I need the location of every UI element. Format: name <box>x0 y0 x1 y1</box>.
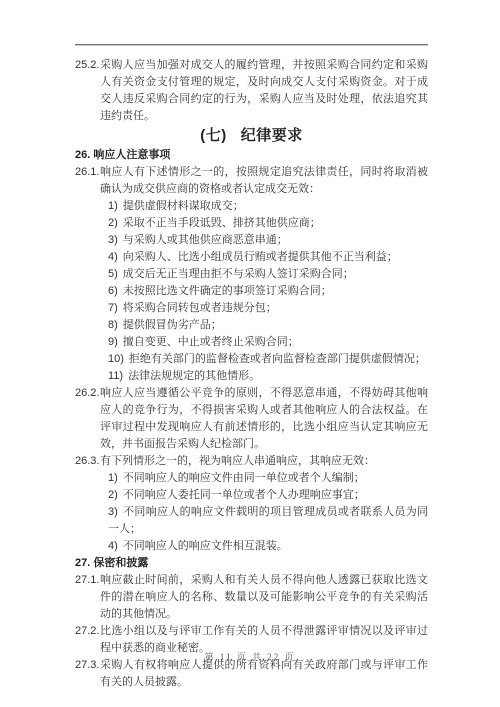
item-number: 8) <box>108 319 118 331</box>
item-text: 提供虚假材料谋取成交； <box>123 200 244 212</box>
item-number: 11) <box>108 370 123 382</box>
item-number: 4) <box>108 251 118 263</box>
list-item-26-1-8: 8)提供假冒伪劣产品； <box>75 317 428 334</box>
document-content: 25.2. 采购人应当加强对成交人的履约管理，并按照采购合同约定和采购人有关资金… <box>75 57 428 691</box>
chapter-heading: (七)纪律要求 <box>75 125 428 147</box>
item-text: 采取不正当手段诋毁、排挤其他供应商； <box>123 217 321 229</box>
header-rule <box>75 44 428 46</box>
chapter-number: (七) <box>200 127 227 144</box>
item-number: 10) <box>108 353 124 365</box>
item-text: 与采购人或其他供应商恶意串通； <box>123 234 288 246</box>
clause-text: 有下列情形之一的，视为响应人串通响应，其响应无效： <box>100 455 375 467</box>
item-text: 不同响应人的响应文件由同一单位或者个人编制； <box>123 472 365 484</box>
clause-number: 26.1. <box>75 164 99 181</box>
item-number: 5) <box>108 268 118 280</box>
list-item-26-1-4: 4)向采购人、比选小组成员行贿或者提供其他不正当利益； <box>75 249 428 266</box>
item-number: 1) <box>108 472 118 484</box>
item-number: 6) <box>108 285 118 297</box>
item-text: 法律法规规定的其他情形。 <box>128 370 260 382</box>
item-text: 未按照比选文件确定的事项签订采购合同； <box>123 285 332 297</box>
item-number: 3) <box>108 234 118 246</box>
list-item-26-1-5: 5)成交后无正当理由拒不与采购人签订采购合同； <box>75 266 428 283</box>
list-item-26-1-1: 1)提供虚假材料谋取成交； <box>75 198 428 215</box>
item-number: 2) <box>108 489 118 501</box>
clause-26-3: 26.3. 有下列情形之一的，视为响应人串通响应，其响应无效： <box>75 453 428 470</box>
item-text: 成交后无正当理由拒不与采购人签订采购合同； <box>123 268 354 280</box>
item-number: 7) <box>108 302 118 314</box>
item-text: 不同响应人委托同一单位或者个人办理响应事宜； <box>123 489 365 501</box>
list-item-26-1-9: 9)擅自变更、中止或者终止采购合同； <box>75 334 428 351</box>
clause-text: 响应截止时间前，采购人和有关人员不得向他人透露已获取比选文件的潜在响应人的名称、… <box>100 574 428 620</box>
clause-number: 27.1. <box>75 572 99 589</box>
item-text: 拒绝有关部门的监督检查或者向监督检查部门提供虚假情况； <box>129 353 426 365</box>
clause-text: 响应人有下述情形之一的，按照规定追究法律责任，同时将取消被确认为成交供应商的资格… <box>100 166 428 195</box>
item-number: 1) <box>108 200 118 212</box>
list-26-1: 1)提供虚假材料谋取成交； 2)采取不正当手段诋毁、排挤其他供应商； 3)与采购… <box>75 198 428 385</box>
item-number: 4) <box>108 540 118 552</box>
item-number: 9) <box>108 336 118 348</box>
list-26-3: 1)不同响应人的响应文件由同一单位或者个人编制； 2)不同响应人委托同一单位或者… <box>75 470 428 555</box>
list-item-26-3-2: 2)不同响应人委托同一单位或者个人办理响应事宜； <box>75 487 428 504</box>
item-text: 向采购人、比选小组成员行贿或者提供其他不正当利益； <box>123 251 398 263</box>
list-item-26-1-11: 11)法律法规规定的其他情形。 <box>75 368 428 385</box>
chapter-title: 纪律要求 <box>241 127 303 144</box>
clause-26-1: 26.1. 响应人有下述情形之一的，按照规定追究法律责任，同时将取消被确认为成交… <box>75 164 428 198</box>
clause-26-2: 26.2. 响应人应当遵循公平竞争的原则，不得恶意串通，不得妨碍其他响应人的竞争… <box>75 385 428 453</box>
list-item-26-3-1: 1)不同响应人的响应文件由同一单位或者个人编制； <box>75 470 428 487</box>
list-item-26-1-10: 10)拒绝有关部门的监督检查或者向监督检查部门提供虚假情况； <box>75 351 428 368</box>
clause-25-2: 25.2. 采购人应当加强对成交人的履约管理，并按照采购合同约定和采购人有关资金… <box>75 57 428 125</box>
item-number: 3) <box>108 506 118 518</box>
clause-number: 26.2. <box>75 385 99 402</box>
list-item-26-1-6: 6)未按照比选文件确定的事项签订采购合同； <box>75 283 428 300</box>
clause-number: 27.2. <box>75 623 99 640</box>
list-item-26-1-2: 2)采取不正当手段诋毁、排挤其他供应商； <box>75 215 428 232</box>
list-item-26-1-3: 3)与采购人或其他供应商恶意串通； <box>75 232 428 249</box>
item-text: 将采购合同转包或者违规分包； <box>123 302 277 314</box>
clause-text: 响应人应当遵循公平竞争的原则，不得恶意串通，不得妨碍其他响应人的竞争行为，不得损… <box>100 387 428 450</box>
page-number-footer: 第 11 页 共 22 页 <box>0 650 500 664</box>
list-item-26-3-4: 4)不同响应人的响应文件相互混装。 <box>75 538 428 555</box>
clause-text: 采购人应当加强对成交人的履约管理，并按照采购合同约定和采购人有关资金支付管理的规… <box>100 59 428 122</box>
item-text: 不同响应人的响应文件载明的项目管理成员或者联系人员为同一人； <box>108 506 428 535</box>
clause-number: 26.3. <box>75 453 99 470</box>
clause-number: 25.2. <box>75 57 99 74</box>
item-text: 不同响应人的响应文件相互混装。 <box>123 540 288 552</box>
item-text: 提供假冒伪劣产品； <box>123 319 222 331</box>
item-number: 2) <box>108 217 118 229</box>
clause-27-1: 27.1. 响应截止时间前，采购人和有关人员不得向他人透露已获取比选文件的潜在响… <box>75 572 428 623</box>
section-heading-26: 26. 响应人注意事项 <box>75 147 428 164</box>
section-heading-27: 27. 保密和披露 <box>75 555 428 572</box>
list-item-26-1-7: 7)将采购合同转包或者违规分包； <box>75 300 428 317</box>
list-item-26-3-3: 3)不同响应人的响应文件载明的项目管理成员或者联系人员为同一人； <box>75 504 428 538</box>
item-text: 擅自变更、中止或者终止采购合同； <box>123 336 299 348</box>
document-page: 25.2. 采购人应当加强对成交人的履约管理，并按照采购合同约定和采购人有关资金… <box>0 0 500 707</box>
